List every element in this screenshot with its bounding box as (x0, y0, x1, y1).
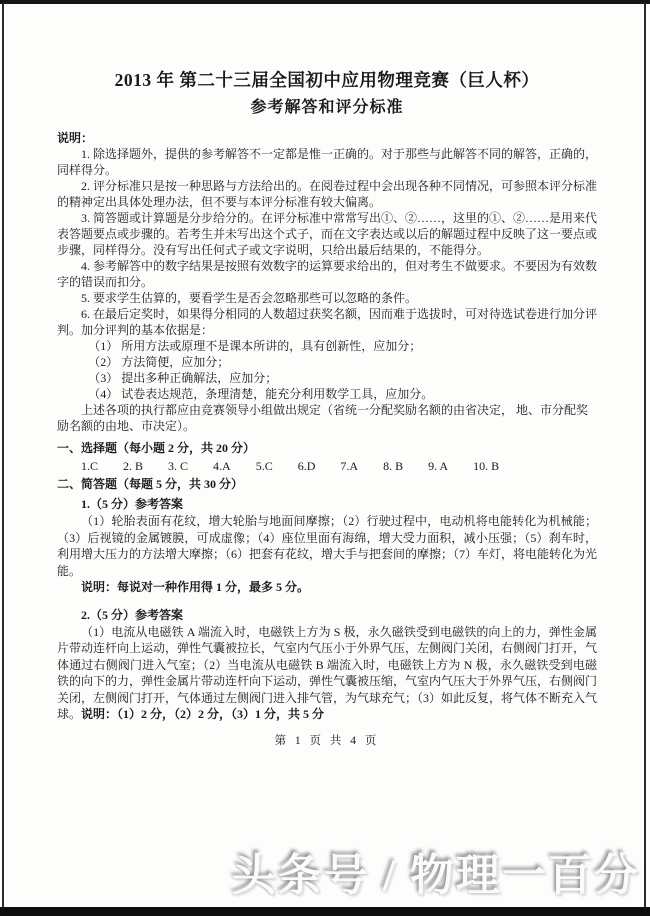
note-subitem-4: （4） 试卷表达规范，条理清楚，能充分利用数学工具，应加分。 (57, 386, 597, 402)
notes-section: 说明： 1. 除选择题外，提供的参考解答不一定都是惟一正确的。对于那些与此解答不… (57, 130, 597, 434)
answer-8: 8. B (383, 457, 403, 476)
watermark-text: 头条号 / 物理一百分 (232, 839, 640, 903)
note-item-2: 2. 评分标准只是按一种思路与方法给出的。在阅卷过程中会出现各种不同情况，可参照… (57, 178, 597, 210)
scan-border-bottom (0, 907, 650, 916)
note-subitem-3: （3） 提出多种正确解法，应加分； (57, 370, 597, 386)
scan-border-left (2, 3, 4, 913)
notes-closing: 上述各项的执行都应由竞赛领导小组做出规定（省统一分配奖励名额的由省决定， 地、市… (57, 402, 597, 434)
note-item-5: 5. 要求学生估算的，要看学生是否会忽略那些可以忽略的条件。 (57, 290, 597, 306)
scan-border-right (644, 3, 646, 913)
document-title: 2013 年 第二十三届全国初中应用物理竞赛（巨人杯） (57, 68, 597, 92)
scan-border-top (0, 0, 650, 4)
answer-10: 10. B (473, 457, 499, 476)
answer-7: 7.A (340, 457, 358, 476)
question1-answer-body: （1）轮胎表面有花纹，增大轮胎与地面间摩擦；（2）行驶过程中，电动机将电能转化为… (57, 513, 597, 579)
question1-scoring-note: 说明：每说对一种作用得 1 分，最多 5 分。 (57, 579, 597, 596)
note-subitem-1: （1） 所用方法或原理不是课本所讲的，具有创新性，应加分； (57, 338, 597, 354)
note-subitem-2: （2） 方法简便，应加分； (57, 354, 597, 370)
section1-heading: 一、选择题（每小题 2 分，共 20 分） (57, 440, 597, 457)
choice-answers-row: 1.C 2. B 3. C 4.A 5.C 6.D 7.A 8. B 9. A … (57, 457, 597, 476)
question2-label: 2.（5 分）参考答案 (57, 607, 597, 624)
note-item-4: 4. 参考解答中的数字结果是按照有效数字的运算要求给出的，但对考生不做要求。不要… (57, 258, 597, 290)
section2-heading: 二、简答题（每题 5 分，共 30 分） (57, 476, 597, 493)
answer-1: 1.C (81, 457, 98, 476)
answer-4: 4.A (213, 457, 231, 476)
answer-6: 6.D (298, 457, 316, 476)
document-subtitle: 参考解答和评分标准 (57, 98, 597, 118)
answer-9: 9. A (428, 457, 448, 476)
page-number: 第 1 页 共 4 页 (57, 733, 597, 749)
question2-scoring-note: 说明：（1）2 分，（2）2 分，（3）1 分，共 5 分 (81, 707, 324, 721)
note-item-3: 3. 简答题或计算题是分步给分的。在评分标准中常常写出①、②……，这里的①、②…… (57, 210, 597, 258)
answer-3: 3. C (168, 457, 188, 476)
note-item-1: 1. 除选择题外，提供的参考解答不一定都是惟一正确的。对于那些与此解答不同的解答… (57, 146, 597, 178)
answer-5: 5.C (256, 457, 273, 476)
question2-answer-body: （1）电流从电磁铁 A 端流入时，电磁铁上方为 S 极，永久磁铁受到电磁铁的向上… (57, 624, 597, 723)
scanned-document-page: 2013 年 第二十三届全国初中应用物理竞赛（巨人杯） 参考解答和评分标准 说明… (0, 0, 650, 916)
notes-heading: 说明： (57, 130, 597, 146)
document-content: 2013 年 第二十三届全国初中应用物理竞赛（巨人杯） 参考解答和评分标准 说明… (57, 68, 597, 749)
answer-2: 2. B (123, 457, 143, 476)
question1-label: 1.（5 分）参考答案 (57, 496, 597, 513)
note-item-6: 6. 在最后定奖时，如果得分相同的人数超过获奖名额，因而难于选拔时，可对待选试卷… (57, 306, 597, 338)
